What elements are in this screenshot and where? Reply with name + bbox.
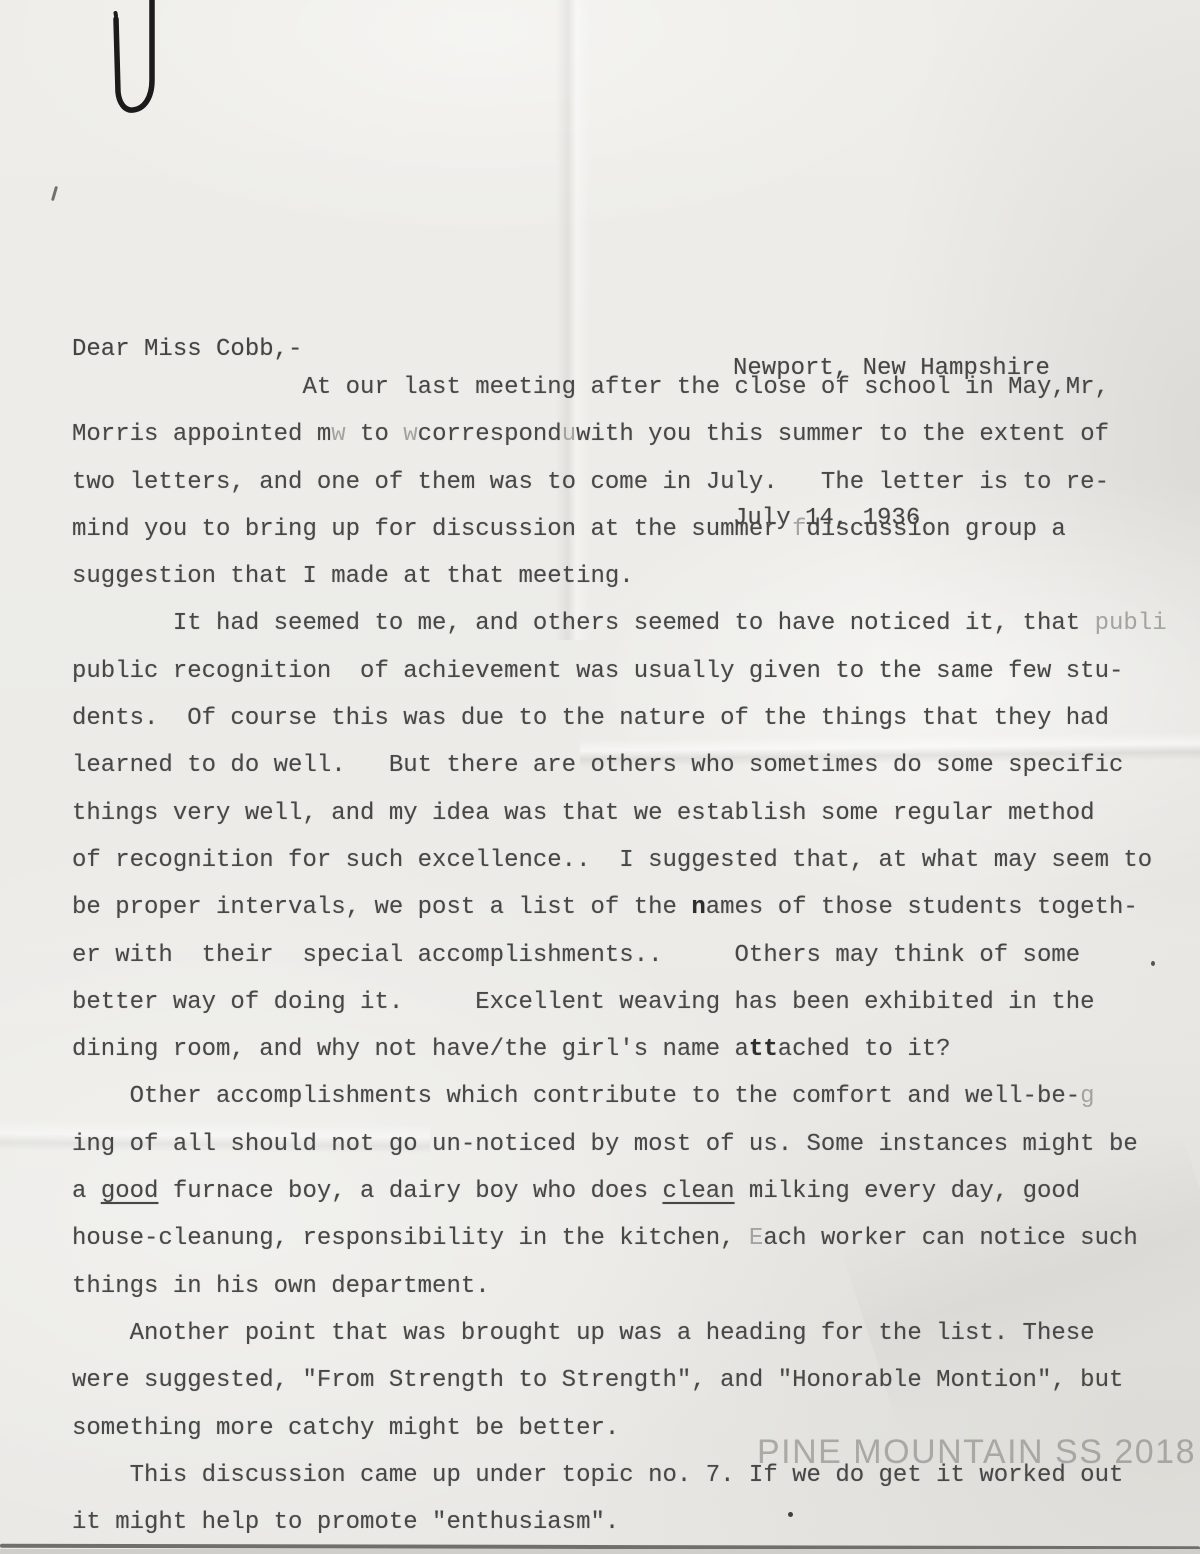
letter-line: of recognition for such excellence.. I s… <box>72 837 1182 884</box>
letter-body: At our last meeting after the close of s… <box>72 364 1182 1546</box>
paperclip-imprint-icon <box>100 0 180 129</box>
letter-line: be proper intervals, we post a list of t… <box>72 884 1182 931</box>
letter-line: things in his own department. <box>72 1263 1182 1310</box>
salutation: Dear Miss Cobb,- <box>72 336 302 363</box>
letter-line: things very well, and my idea was that w… <box>72 790 1182 837</box>
letter-line: At our last meeting after the close of s… <box>72 364 1182 411</box>
letter-line: house-cleanung, responsibility in the ki… <box>72 1215 1182 1262</box>
letter-line: it might help to promote "enthusiasm". <box>72 1499 1182 1546</box>
letter-line: two letters, and one of them was to come… <box>72 459 1182 506</box>
letter-line: public recognition of achievement was us… <box>72 648 1182 695</box>
letter-line: mind you to bring up for discussion at t… <box>72 506 1182 553</box>
letter-line: It had seemed to me, and others seemed t… <box>72 600 1182 647</box>
letter-line: dents. Of course this was due to the nat… <box>72 695 1182 742</box>
letter-line: were suggested, "From Strength to Streng… <box>72 1357 1182 1404</box>
letter-line: Other accomplishments which contribute t… <box>72 1073 1182 1120</box>
archive-watermark: PINE MOUNTAIN SS 2018 <box>757 1433 1196 1472</box>
letter-line: suggestion that I made at that meeting. <box>72 553 1182 600</box>
letter-line: Morris appointed mw to wcorresponduwith … <box>72 411 1182 458</box>
letter-line: Another point that was brought up was a … <box>72 1310 1182 1357</box>
letter-line: a good furnace boy, a dairy boy who does… <box>72 1168 1182 1215</box>
letter-line: dining room, and why not have/the girl's… <box>72 1026 1182 1073</box>
letter-line: er with their special accomplishments.. … <box>72 932 1182 979</box>
letter-line: ing of all should not go un-noticed by m… <box>72 1121 1182 1168</box>
stray-ink-mark <box>51 186 58 201</box>
letter-line: better way of doing it. Excellent weavin… <box>72 979 1182 1026</box>
scan-background-strip <box>0 1549 1200 1554</box>
letter-page: { "letter": { "location_line": "Newport,… <box>0 0 1200 1554</box>
letter-line: learned to do well. But there are others… <box>72 742 1182 789</box>
